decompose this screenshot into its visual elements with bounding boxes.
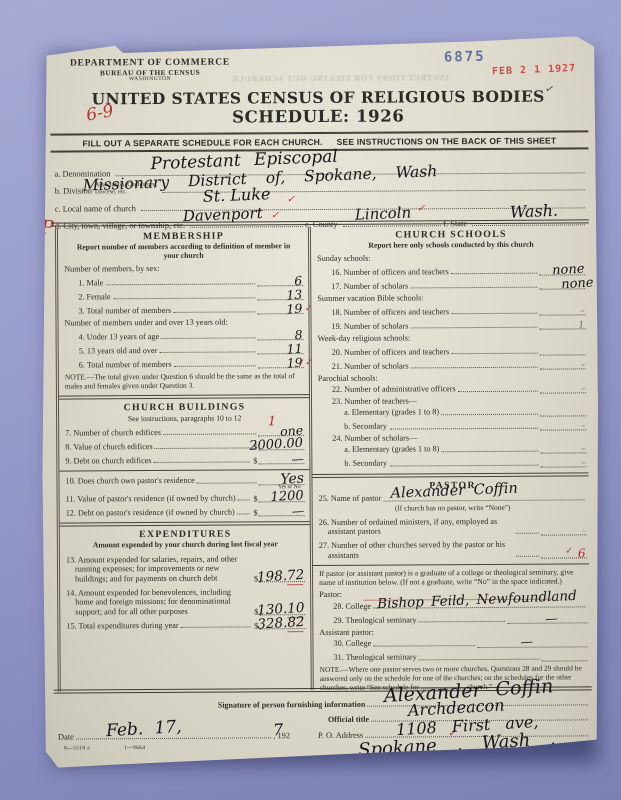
q27-row: 27. Number of other churches served by t… — [319, 540, 587, 561]
q11-label: 11. Value of pastor's residence (if owne… — [66, 493, 236, 504]
q10-answer: YesYes or No — [258, 482, 304, 485]
q24a-answer: – — [540, 450, 586, 453]
weekday-schools-label: Week-day religious schools: — [318, 332, 586, 343]
q22-value: – — [580, 385, 585, 394]
q18-label: 18. Number of officers and teachers — [331, 307, 449, 317]
assistant-group-label: Assistant pastor: — [319, 626, 587, 637]
q24a-label: a. Elementary (grades 1 to 8) — [344, 445, 439, 455]
dollar-sign: $ — [253, 456, 257, 466]
county-value: Lincoln — [355, 203, 412, 223]
q31-row: 31. Theological seminary — [334, 652, 588, 663]
q24b-label: b. Secondary — [344, 459, 388, 469]
dotted-leader — [390, 427, 538, 430]
dotted-leader — [441, 450, 538, 453]
q21-label: 21. Number of scholars — [332, 361, 409, 371]
q9-answer: — — [258, 462, 304, 465]
state-value: Wash. — [509, 200, 558, 221]
group-label-sex: Number of members, by sex: — [64, 263, 303, 274]
red-check-mark: ✓ — [271, 210, 279, 221]
sunday-schools-label: Sunday schools: — [317, 252, 585, 263]
buildings-heading: CHURCH BUILDINGS — [65, 401, 304, 414]
q23a-row: a. Elementary (grades 1 to 8) — [344, 407, 586, 418]
red-check-marks: ✓✓ — [298, 357, 313, 368]
form-print-codes: 8—5518 a1—9664 — [64, 745, 179, 752]
q19-label: 19. Number of scholars — [332, 321, 409, 331]
date-address-row: Date , 192 Feb. 17, 7 8—5518 a1—9664 P. … — [58, 722, 590, 741]
dotted-leader — [390, 464, 538, 467]
q18-answer: – — [539, 313, 585, 316]
dotted-leader — [451, 352, 537, 355]
q17-row: 17. Number of scholars none — [331, 280, 585, 291]
q7-label: 7. Number of church edifices — [65, 428, 161, 438]
dollar-sign: $ — [254, 508, 258, 518]
po-address-group: P. O. Address 1108 First ave, ✓ Spokane … — [318, 729, 590, 740]
q24b-value: – — [581, 459, 586, 468]
local-name-value: St. Luke — [202, 184, 270, 206]
q17-answer: none — [539, 287, 585, 290]
q15-value: 328.82 — [257, 616, 305, 632]
single-rule — [313, 564, 589, 567]
dotted-leader — [441, 413, 538, 416]
q27-value: 6 — [578, 547, 586, 559]
double-rule — [59, 394, 309, 399]
banner-right: SEE INSTRUCTIONS ON THE BACK OF THIS SHE… — [337, 135, 557, 146]
q4-label: 4. Under 13 years of age — [79, 332, 160, 342]
dotted-leader — [411, 366, 538, 369]
q8-label: 8. Value of church edifices — [65, 442, 152, 452]
q23b-answer: – — [540, 427, 586, 430]
q23-label: 23. Number of teachers— — [332, 395, 586, 406]
q25-row: 25. Name of pastor Alexander Coffin — [319, 492, 587, 503]
q28-label: 28. College — [333, 601, 371, 611]
dotted-leader — [106, 282, 255, 285]
summer-bible-schools-label: Summer vacation Bible schools: — [317, 292, 585, 303]
q23b-label: b. Secondary — [344, 422, 388, 432]
dotted-leader — [451, 312, 537, 315]
single-rule — [59, 470, 309, 473]
q26-answer: – — [541, 532, 587, 535]
q4-value: 8 — [294, 329, 303, 342]
double-rule — [60, 521, 310, 526]
banner-left: FILL OUT A SEPARATE SCHEDULE FOR EACH CH… — [82, 136, 322, 147]
q24b-row: b. Secondary – — [344, 458, 586, 469]
dotted-leader — [419, 620, 506, 623]
q3-label: 3. Total number of members — [78, 306, 171, 316]
dotted-leader — [237, 512, 250, 514]
dotted-leader — [197, 481, 257, 483]
q26-value: – — [581, 527, 586, 536]
dotted-leader — [113, 296, 255, 299]
dotted-leader — [159, 351, 255, 354]
q14-row: 14. Amount expended for benevolences, in… — [66, 587, 305, 617]
dotted-leader — [181, 626, 251, 628]
membership-subheading: Report number of members according to de… — [71, 243, 296, 262]
q24a-row: a. Elementary (grades 1 to 8) – — [344, 444, 586, 455]
q2-row: 2. Female 13 — [78, 291, 303, 302]
q23a-label: a. Elementary (grades 1 to 8) — [344, 408, 439, 418]
membership-note: NOTE.—The total given under Question 6 s… — [65, 372, 304, 391]
q13-label: 13. Amount expended for salaries, repair… — [66, 554, 248, 584]
q21-row: 21. Number of scholars – — [332, 360, 586, 371]
city-value: Davenport — [183, 203, 263, 224]
dotted-leader — [451, 272, 537, 275]
q16-label: 16. Number of officers and teachers — [331, 267, 449, 277]
graduate-note: If pastor (or assistant pastor) is a gra… — [319, 568, 587, 588]
dotted-leader — [516, 531, 539, 533]
q30-label: 30. College — [333, 639, 371, 649]
q24-label: 24. Number of scholars— — [332, 432, 586, 443]
q17-value: none — [561, 277, 594, 292]
schools-subheading: Report here only schools conducted by th… — [317, 241, 585, 251]
group-label-age: Number of members under and over 13 year… — [64, 317, 303, 328]
q15-row: 15. Total expenditures during year $ 328… — [66, 620, 305, 631]
form-columns: MEMBERSHIP Report number of members acco… — [55, 225, 590, 691]
q27-answer: 6✓ — [541, 556, 587, 559]
serial-number-stamp: 6875 — [444, 49, 486, 66]
q23b-row: b. Secondary – — [344, 421, 586, 432]
q18-row: 18. Number of officers and teachers – — [331, 306, 585, 317]
q26-row: 26. Number of ordained ministers, if any… — [319, 516, 587, 537]
q11-value: 1200 — [270, 489, 304, 504]
q14-label: 14. Amount expended for benevolences, in… — [66, 587, 248, 617]
q22-answer: – — [540, 390, 586, 393]
q10-label: 10. Does church own pastor's residence — [65, 476, 194, 486]
date-year-value: 7 — [272, 720, 283, 740]
q1-label: 1. Male — [78, 278, 104, 288]
expenditures-subheading: Amount expended by your church during la… — [66, 540, 305, 550]
q29-label: 29. Theological seminary — [333, 615, 416, 625]
dotted-leader — [155, 447, 250, 450]
q7-row: 7. Number of church edifices one 1 — [65, 427, 304, 438]
po-address-label: P. O. Address — [318, 731, 363, 740]
q11-row: 11. Value of pastor's residence (if owne… — [66, 493, 305, 504]
q3-row: 3. Total number of members 19✓ — [78, 305, 303, 316]
red-tick — [287, 631, 303, 632]
q6-answer: 19✓✓ — [258, 365, 304, 368]
q1-answer: 6 — [257, 283, 303, 286]
q29-value: — — [544, 612, 557, 625]
red-tick — [287, 584, 303, 585]
q29-answer: — — [507, 621, 587, 624]
q3-answer: 19✓ — [257, 311, 303, 314]
bleed-through-text: INSTRUCTIONS FOR FILLING OUT SCHEDULE — [190, 73, 490, 84]
red-digit-annotation: 1 — [268, 414, 276, 429]
q2-label: 2. Female — [78, 292, 111, 302]
q11-answer: 1200 — [259, 499, 305, 502]
q30-answer: — — [477, 644, 587, 648]
q30-value: — — [520, 636, 533, 649]
q15-answer: 328.82 — [259, 626, 305, 629]
dotted-leader — [238, 498, 250, 500]
q23a-answer — [540, 413, 586, 416]
q4-row: 4. Under 13 years of age 8 — [79, 331, 304, 342]
q25-note: (If church has no pastor, write “None”) — [319, 503, 587, 513]
q30-row: 30. College — — [333, 638, 587, 649]
dotted-leader — [173, 311, 255, 314]
q15-label: 15. Total expenditures during year — [66, 620, 178, 630]
date-received-stamp: FEB 2 1 1927 — [492, 63, 577, 77]
q9-value: — — [290, 453, 303, 466]
q12-row: 12. Debt on pastor's residence (if owned… — [66, 507, 305, 518]
parochial-schools-label: Parochial schools: — [318, 372, 586, 383]
dotted-leader — [174, 365, 256, 368]
double-rule — [312, 472, 588, 477]
q17-label: 17. Number of scholars — [331, 281, 408, 291]
red-check-mark: ✓ — [417, 203, 425, 214]
form-code-1: 8—5518 a — [64, 745, 90, 751]
q20-answer — [540, 353, 586, 356]
q5-label: 5. 13 years old and over — [79, 346, 158, 356]
q21-answer: – — [540, 367, 586, 370]
dotted-leader — [161, 337, 256, 340]
left-column: MEMBERSHIP Report number of members acco… — [55, 227, 311, 692]
q27-label: 27. Number of other churches served by t… — [319, 540, 514, 560]
q8-row: 8. Value of church edifices $ 2000.00 — [65, 441, 304, 452]
q19-answer: 1 — [540, 327, 586, 330]
q25-label: 25. Name of pastor — [319, 494, 382, 504]
q1-row: 1. Male 6 — [78, 277, 303, 288]
date-label: Date — [58, 733, 74, 742]
q13-answer: 198.72 — [259, 579, 305, 582]
dotted-leader — [516, 555, 539, 557]
official-title-label: Official title — [328, 715, 369, 724]
q29-row: 29. Theological seminary — — [333, 614, 587, 625]
q19-row: 19. Number of scholars 1 — [332, 320, 586, 331]
q12-answer: — — [259, 513, 305, 516]
q20-row: 20. Number of officers and teachers — [332, 346, 586, 357]
dotted-leader — [410, 286, 537, 289]
q9-label: 9. Debt on church edifices — [65, 456, 151, 466]
q31-answer — [542, 658, 588, 661]
census-schedule-paper: DEPARTMENT OF COMMERCE BUREAU OF THE CEN… — [40, 36, 600, 767]
q20-label: 20. Number of officers and teachers — [332, 347, 450, 357]
q1-value: 6 — [294, 274, 303, 287]
q24a-value: – — [581, 445, 586, 454]
dotted-leader — [458, 390, 538, 392]
dotted-leader — [373, 644, 475, 647]
q13-value: 198.72 — [256, 568, 304, 584]
dotted-leader — [419, 657, 540, 660]
photograph-of-census-form: { "stamps":{"serial":"6875","date":"FEB … — [0, 0, 621, 800]
q19-value: 1 — [579, 322, 585, 331]
q6-row: 6. Total number of members 19✓✓ — [79, 359, 304, 370]
q6-label: 6. Total number of members — [79, 360, 172, 370]
q12-label: 12. Debt on pastor's residence (if owned… — [66, 507, 235, 518]
q2-value: 13 — [286, 288, 303, 301]
red-check-mark: ✓ — [305, 303, 313, 313]
q9-row: 9. Debt on church edifices $ — — [65, 455, 304, 466]
red-margin-mark: P — [40, 216, 54, 239]
dollar-sign: $ — [253, 494, 257, 504]
right-column: CHURCH SCHOOLS Report here only schools … — [311, 225, 590, 690]
q22-label: 22. Number of administrative officers — [332, 385, 456, 395]
q28-row: 28. College Bishop Feild, Newfoundland — [333, 600, 587, 611]
q12-value: — — [291, 504, 304, 517]
red-check-mark: ✓ — [287, 194, 295, 205]
dotted-leader — [410, 326, 537, 329]
q10-row: 10. Does church own pastor's residence Y… — [65, 475, 304, 486]
dotted-leader — [154, 461, 250, 464]
q21-value: – — [580, 362, 585, 371]
schools-heading: CHURCH SCHOOLS — [317, 228, 585, 241]
date-group: Date , 192 Feb. 17, 7 8—5518 a1—9664 — [58, 731, 290, 741]
q3-value: 19 — [286, 302, 303, 315]
form-subtitle: SCHEDULE: 1926 — [40, 105, 596, 127]
red-check-mark: ✓ — [565, 546, 573, 558]
dotted-leader — [163, 433, 256, 436]
q22-row: 22. Number of administrative officers – — [332, 384, 586, 395]
q23b-value: – — [580, 422, 585, 431]
q24b-answer: – — [540, 464, 586, 467]
q16-row: 16. Number of officers and teachers none — [331, 266, 585, 277]
q13-row: 13. Amount expended for salaries, repair… — [66, 554, 305, 584]
form-code-2: 1—9664 — [124, 745, 145, 751]
q31-label: 31. Theological seminary — [334, 653, 417, 663]
q5-row: 5. 13 years old and over 11 — [79, 345, 304, 356]
q26-label: 26. Number of ordained ministers, if any… — [319, 517, 514, 537]
q18-value: – — [580, 308, 585, 317]
